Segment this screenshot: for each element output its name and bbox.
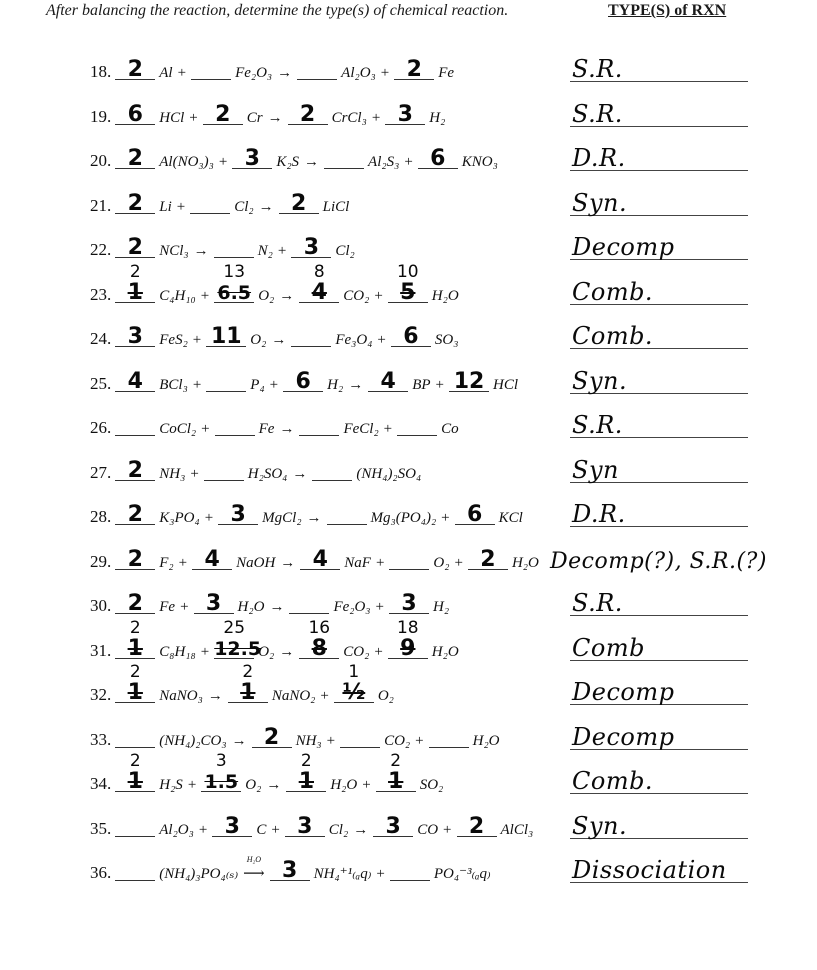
reaction-arrow: → xyxy=(292,466,307,483)
plus-sign: + xyxy=(372,110,380,127)
coefficient-blank[interactable]: ½1 xyxy=(334,688,374,703)
coefficient-blank[interactable] xyxy=(389,555,429,570)
reaction-type-answer: S.R. xyxy=(572,55,623,83)
reaction-arrow: → xyxy=(194,243,209,260)
chemical-formula: CoCl₂ xyxy=(159,421,196,438)
chemical-formula: Cl₂ xyxy=(335,243,354,260)
reaction-type-field[interactable]: Syn. xyxy=(570,810,748,839)
coefficient-blank[interactable]: 3 xyxy=(270,866,310,881)
problem-row: 22.2NCl₃→N₂+3Cl₂Decomp xyxy=(0,226,817,266)
coefficient-blank[interactable]: 2 xyxy=(115,243,155,258)
reaction-type-answer: Syn. xyxy=(572,812,627,840)
chemical-formula: H₂O xyxy=(238,599,265,616)
reaction-type-field[interactable]: Syn xyxy=(570,454,748,483)
chemical-formula: NH₃ xyxy=(296,733,322,750)
coefficient-value: 1.5 xyxy=(201,771,241,793)
problem-row: 32.12NaNO₃→12NaNO₂+½1O₂Decomp xyxy=(0,671,817,711)
chemical-formula: H₂O xyxy=(432,644,459,661)
coefficient-blank[interactable]: 12 xyxy=(449,377,489,392)
problem-number: 27. xyxy=(90,463,111,483)
plus-sign: + xyxy=(441,510,449,527)
coefficient-blank[interactable]: 6.513 xyxy=(214,288,254,303)
chemical-formula: O₂ xyxy=(245,777,261,794)
coefficient-value: 3 xyxy=(385,104,425,126)
coefficient-blank[interactable]: 3 xyxy=(385,110,425,125)
coefficient-blank[interactable]: 2 xyxy=(203,110,243,125)
coefficient-blank[interactable] xyxy=(340,733,380,748)
plus-sign: + xyxy=(189,110,197,127)
chemical-formula: NaF xyxy=(344,555,371,572)
problem-row: 20.2Al(NO₃)₃+3K₂S→Al₂S₃+6KNO₃D.R. xyxy=(0,137,817,177)
coefficient-blank[interactable]: 6 xyxy=(391,332,431,347)
coefficient-value: 2 xyxy=(279,193,319,215)
equation: 27.2NH₃+H₂SO₄→(NH₄)₂SO₄ xyxy=(90,463,423,483)
problem-number: 30. xyxy=(90,596,111,616)
equation: 23.12C₄H₁₀+6.513O₂→48CO₂+510H₂O xyxy=(90,285,461,305)
reaction-type-field[interactable]: D.R. xyxy=(570,498,748,527)
reaction-type-answer: Syn. xyxy=(572,189,627,217)
coefficient-value: 8 xyxy=(299,638,339,660)
coefficient-blank[interactable]: 816 xyxy=(299,644,339,659)
chemical-formula: C₄H₁₀ xyxy=(159,288,195,305)
coefficient-value: 4 xyxy=(368,371,408,393)
coefficient-blank[interactable]: 2 xyxy=(115,199,155,214)
chemical-formula: Co xyxy=(441,421,459,438)
plus-sign: + xyxy=(362,777,370,794)
coefficient-value: ½ xyxy=(334,682,374,704)
equation: 35.Al₂O₃+3C+3Cl₂→3CO+2AlCl₃ xyxy=(90,819,535,839)
coefficient-blank[interactable] xyxy=(397,421,437,436)
coefficient-blank[interactable]: 3 xyxy=(115,332,155,347)
reaction-type-field[interactable]: Syn. xyxy=(570,187,748,216)
reaction-type-answer: Syn. xyxy=(572,367,627,395)
chemical-formula: Al₂O₃ xyxy=(159,822,194,839)
problem-row: 26.CoCl₂+Fe→FeCl₂+CoS.R. xyxy=(0,404,817,444)
equation: 22.2NCl₃→N₂+3Cl₂ xyxy=(90,240,357,260)
coefficient-value: 11 xyxy=(206,326,246,348)
coefficient-value: 3 xyxy=(270,860,310,882)
chemical-formula: CO₂ xyxy=(343,644,369,661)
coefficient-value: 1 xyxy=(376,771,416,793)
equation: 31.12C₈H₁₈+12.525O₂→816CO₂+918H₂O xyxy=(90,641,461,661)
plus-sign: + xyxy=(271,822,279,839)
equation: 18.2Al+Fe₂O₃→Al₂O₃+2Fe xyxy=(90,62,456,82)
coefficient-blank[interactable]: 6 xyxy=(418,154,458,169)
chemical-formula: Cr xyxy=(247,110,263,127)
coefficient-blank[interactable]: 12 xyxy=(286,777,326,792)
coefficient-blank[interactable]: 3 xyxy=(194,599,234,614)
coefficient-blank[interactable]: 2 xyxy=(115,154,155,169)
reaction-type-answer: Comb. xyxy=(572,322,653,350)
coefficient-value: 12 xyxy=(449,371,489,393)
coefficient-value: 1 xyxy=(115,682,155,704)
plus-sign: + xyxy=(178,65,186,82)
chemical-formula: NH₃ xyxy=(159,466,185,483)
coefficient-blank[interactable]: 4 xyxy=(368,377,408,392)
corrected-coefficient: 2 xyxy=(115,618,155,638)
reaction-arrow: → xyxy=(277,65,292,82)
problem-number: 19. xyxy=(90,107,111,127)
reaction-type-field[interactable]: Decomp xyxy=(570,676,748,705)
chemical-formula: O₂ xyxy=(433,555,449,572)
coefficient-value: 2 xyxy=(115,549,155,571)
corrected-coefficient: 13 xyxy=(214,262,254,282)
coefficient-blank[interactable]: 2 xyxy=(115,65,155,80)
reaction-type-field[interactable]: Decomp xyxy=(570,721,748,750)
chemical-formula: Fe₂O₃ xyxy=(333,599,370,616)
coefficient-value: 1 xyxy=(115,771,155,793)
chemical-formula: Fe xyxy=(259,421,275,438)
coefficient-value: 3 xyxy=(291,237,331,259)
coefficient-value: 2 xyxy=(457,816,497,838)
reaction-type-field[interactable]: Decomp(?), S.R.(?) xyxy=(548,544,808,572)
chemical-formula: Cl₂ xyxy=(234,199,253,216)
chemical-formula: O₂ xyxy=(378,688,394,705)
problem-number: 34. xyxy=(90,774,111,794)
coefficient-value: 2 xyxy=(468,549,508,571)
reaction-type-answer: Decomp xyxy=(572,233,674,261)
coefficient-blank[interactable]: 2 xyxy=(394,65,434,80)
plus-sign: + xyxy=(201,644,209,661)
coefficient-blank[interactable] xyxy=(312,466,352,481)
coefficient-blank[interactable]: 3 xyxy=(285,822,325,837)
reaction-type-answer: Dissociation xyxy=(572,856,727,884)
chemical-formula: Fe xyxy=(438,65,454,82)
chemical-formula: CrCl₃ xyxy=(332,110,367,127)
coefficient-value: 4 xyxy=(299,282,339,304)
coefficient-blank[interactable]: 2 xyxy=(115,555,155,570)
coefficient-blank[interactable]: 3 xyxy=(212,822,252,837)
coefficient-value: 3 xyxy=(285,816,325,838)
coefficient-blank[interactable]: 3 xyxy=(218,510,258,525)
reaction-type-field[interactable]: Dissociation xyxy=(570,854,748,883)
coefficient-blank[interactable] xyxy=(206,377,246,392)
coefficient-blank[interactable]: 918 xyxy=(388,644,428,659)
chemical-formula: HCl xyxy=(493,377,518,394)
coefficient-value: 1 xyxy=(115,282,155,304)
plus-sign: + xyxy=(381,65,389,82)
coefficient-blank[interactable]: 3 xyxy=(291,243,331,258)
reaction-arrow: → xyxy=(279,644,294,661)
problem-row: 34.12H₂S+1.53O₂→12H₂O+12SO₂Comb. xyxy=(0,760,817,800)
coefficient-blank[interactable] xyxy=(115,866,155,881)
reaction-arrow: → xyxy=(269,599,284,616)
chemical-formula: H₂ xyxy=(429,110,445,127)
coefficient-value: 9 xyxy=(388,638,428,660)
chemical-formula: NaOH xyxy=(236,555,275,572)
coefficient-value: 1 xyxy=(228,682,268,704)
equation: 36.(NH₄)₃PO₄₍ₛ₎H₂O⟶3NH₄⁺¹₍ₐq₎+PO₄⁻³₍ₐq₎ xyxy=(90,855,493,883)
coefficient-blank[interactable]: 6 xyxy=(115,110,155,125)
type-column-heading: TYPE(S) of RXN xyxy=(608,2,726,20)
problem-row: 19.6HCl+2Cr→2CrCl₃+3H₂S.R. xyxy=(0,93,817,133)
coefficient-blank[interactable] xyxy=(390,866,430,881)
problem-number: 35. xyxy=(90,819,111,839)
coefficient-blank[interactable]: 12 xyxy=(115,688,155,703)
plus-sign: + xyxy=(436,377,444,394)
plus-sign: + xyxy=(384,421,392,438)
coefficient-value: 2 xyxy=(252,727,292,749)
arrow-condition: H₂O xyxy=(247,855,261,864)
reaction-type-field[interactable]: S.R. xyxy=(570,98,748,127)
coefficient-blank[interactable]: 3 xyxy=(232,154,272,169)
problem-number: 20. xyxy=(90,151,111,171)
problem-number: 22. xyxy=(90,240,111,260)
coefficient-blank[interactable]: 6 xyxy=(283,377,323,392)
reaction-type-field[interactable]: Syn. xyxy=(570,365,748,394)
coefficient-blank[interactable]: 4 xyxy=(192,555,232,570)
coefficient-value: 2 xyxy=(115,593,155,615)
plus-sign: + xyxy=(443,822,451,839)
reaction-arrow: → xyxy=(268,110,283,127)
coefficient-value: 12.5 xyxy=(214,638,254,660)
problem-number: 26. xyxy=(90,418,111,438)
coefficient-blank[interactable] xyxy=(191,65,231,80)
coefficient-blank[interactable]: 12 xyxy=(115,777,155,792)
chemical-formula: H₂O xyxy=(432,288,459,305)
reaction-type-field[interactable]: Comb. xyxy=(570,276,748,305)
coefficient-blank[interactable]: 3 xyxy=(373,822,413,837)
chemical-formula: NCl₃ xyxy=(159,243,188,260)
coefficient-blank[interactable] xyxy=(190,199,230,214)
coefficient-value: 4 xyxy=(115,371,155,393)
reaction-type-field[interactable]: S.R. xyxy=(570,409,748,438)
chemical-formula: H₂O xyxy=(330,777,357,794)
coefficient-blank[interactable] xyxy=(324,154,364,169)
plus-sign: + xyxy=(377,332,385,349)
corrected-coefficient: 2 xyxy=(376,751,416,771)
arrow-icon: ⟶ xyxy=(243,864,265,883)
reaction-arrow: → xyxy=(279,288,294,305)
plus-sign: + xyxy=(188,777,196,794)
reaction-type-answer: D.R. xyxy=(572,500,626,528)
coefficient-value: 6 xyxy=(418,148,458,170)
reaction-type-answer: Comb xyxy=(572,634,645,662)
reaction-type-answer: S.R. xyxy=(572,589,623,617)
problem-number: 31. xyxy=(90,641,111,661)
plus-sign: + xyxy=(374,288,382,305)
chemical-formula: BP xyxy=(412,377,430,394)
problem-row: 31.12C₈H₁₈+12.525O₂→816CO₂+918H₂OComb xyxy=(0,627,817,667)
coefficient-value: 6 xyxy=(283,371,323,393)
coefficient-blank[interactable]: 12 xyxy=(228,688,268,703)
reaction-type-field[interactable]: Comb. xyxy=(570,765,748,794)
reaction-type-field[interactable]: Comb xyxy=(570,632,748,661)
problem-row: 30.2Fe+3H₂O→Fe₂O₃+3H₂S.R. xyxy=(0,582,817,622)
problem-row: 33.(NH₄)₂CO₃→2NH₃+CO₂+H₂ODecomp xyxy=(0,716,817,756)
plus-sign: + xyxy=(177,199,185,216)
coefficient-blank[interactable] xyxy=(327,510,367,525)
chemical-formula: Fe₃O₄ xyxy=(335,332,372,349)
corrected-coefficient: 2 xyxy=(115,262,155,282)
corrected-coefficient: 8 xyxy=(299,262,339,282)
chemical-formula: Al₂O₃ xyxy=(341,65,376,82)
coefficient-blank[interactable]: 1.53 xyxy=(201,777,241,792)
reaction-arrow: → xyxy=(208,688,223,705)
chemical-formula: Mg₃(PO₄)₂ xyxy=(371,510,437,527)
reaction-arrow: → xyxy=(232,733,247,750)
plus-sign: + xyxy=(376,555,384,572)
coefficient-value: 6 xyxy=(391,326,431,348)
plus-sign: + xyxy=(201,288,209,305)
problem-number: 21. xyxy=(90,196,111,216)
reaction-arrow: → xyxy=(266,777,281,794)
coefficient-blank[interactable] xyxy=(115,822,155,837)
coefficient-blank[interactable]: 2 xyxy=(115,510,155,525)
equation: 32.12NaNO₃→12NaNO₂+½1O₂ xyxy=(90,685,396,705)
coefficient-blank[interactable]: 11 xyxy=(206,332,246,347)
coefficient-value: 3 xyxy=(115,326,155,348)
reaction-arrow: → xyxy=(279,421,294,438)
plus-sign: + xyxy=(454,555,462,572)
coefficient-blank[interactable] xyxy=(299,421,339,436)
coefficient-value: 2 xyxy=(115,460,155,482)
reaction-arrow: → xyxy=(304,154,319,171)
coefficient-value: 2 xyxy=(115,237,155,259)
reaction-arrow: → xyxy=(271,332,286,349)
coefficient-value: 3 xyxy=(232,148,272,170)
coefficient-value: 6 xyxy=(115,104,155,126)
reaction-type-answer: S.R. xyxy=(572,100,623,128)
corrected-coefficient: 25 xyxy=(214,618,254,638)
chemical-formula: MgCl₂ xyxy=(262,510,301,527)
coefficient-blank[interactable] xyxy=(289,599,329,614)
reaction-type-field[interactable]: Comb. xyxy=(570,320,748,349)
reaction-type-field[interactable]: Decomp xyxy=(570,231,748,260)
reaction-type-answer: Decomp xyxy=(572,678,674,706)
chemical-formula: (NH₄)₂CO₃ xyxy=(159,733,226,750)
coefficient-blank[interactable] xyxy=(115,733,155,748)
equation: 26.CoCl₂+Fe→FeCl₂+Co xyxy=(90,418,461,438)
plus-sign: + xyxy=(320,688,328,705)
coefficient-blank[interactable] xyxy=(214,243,254,258)
plus-sign: + xyxy=(179,555,187,572)
corrected-coefficient: 2 xyxy=(115,751,155,771)
corrected-coefficient: 18 xyxy=(388,618,428,638)
coefficient-blank[interactable] xyxy=(215,421,255,436)
corrected-coefficient: 2 xyxy=(115,662,155,682)
problem-row: 36.(NH₄)₃PO₄₍ₛ₎H₂O⟶3NH₄⁺¹₍ₐq₎+PO₄⁻³₍ₐq₎D… xyxy=(0,849,817,889)
plus-sign: + xyxy=(270,377,278,394)
chemical-formula: SO₂ xyxy=(420,777,444,794)
coefficient-value: 2 xyxy=(288,104,328,126)
coefficient-value: 3 xyxy=(212,816,252,838)
coefficient-blank[interactable] xyxy=(297,65,337,80)
coefficient-blank[interactable]: 4 xyxy=(115,377,155,392)
chemical-formula: H₂ xyxy=(327,377,343,394)
coefficient-blank[interactable]: 2 xyxy=(457,822,497,837)
coefficient-blank[interactable]: 3 xyxy=(389,599,429,614)
coefficient-blank[interactable] xyxy=(204,466,244,481)
plus-sign: + xyxy=(219,154,227,171)
chemical-formula: Al xyxy=(159,65,172,82)
chemical-formula: Cl₂ xyxy=(329,822,348,839)
coefficient-blank[interactable]: 2 xyxy=(115,599,155,614)
corrected-coefficient: 10 xyxy=(388,262,428,282)
chemical-formula: NaNO₃ xyxy=(159,688,203,705)
chemical-formula: PO₄⁻³₍ₐq₎ xyxy=(434,864,491,883)
coefficient-blank[interactable]: 2 xyxy=(468,555,508,570)
coefficient-blank[interactable]: 4 xyxy=(300,555,340,570)
chemical-formula: C xyxy=(256,822,266,839)
equation: 30.2Fe+3H₂O→Fe₂O₃+3H₂ xyxy=(90,596,451,616)
coefficient-blank[interactable]: 12.525 xyxy=(214,644,254,659)
coefficient-blank[interactable]: 6 xyxy=(455,510,495,525)
coefficient-blank[interactable]: 12 xyxy=(376,777,416,792)
coefficient-value: 2 xyxy=(115,59,155,81)
coefficient-blank[interactable]: 2 xyxy=(288,110,328,125)
coefficient-value: 6.5 xyxy=(214,282,254,304)
corrected-coefficient: 3 xyxy=(201,751,241,771)
reaction-type-answer: S.R. xyxy=(572,411,623,439)
chemical-formula: (NH₄)₂SO₄ xyxy=(356,466,421,483)
reaction-type-answer: Decomp(?), S.R.(?) xyxy=(550,549,767,574)
coefficient-blank[interactable]: 510 xyxy=(388,288,428,303)
problem-row: 23.12C₄H₁₀+6.513O₂→48CO₂+510H₂OComb. xyxy=(0,271,817,311)
coefficient-blank[interactable] xyxy=(115,421,155,436)
plus-sign: + xyxy=(376,599,384,616)
chemical-formula: O₂ xyxy=(250,332,266,349)
chemical-formula: O₂ xyxy=(258,288,274,305)
coefficient-value: 4 xyxy=(192,549,232,571)
corrected-coefficient: 2 xyxy=(228,662,268,682)
chemical-formula: KCl xyxy=(499,510,523,527)
plus-sign: + xyxy=(415,733,423,750)
plus-sign: + xyxy=(193,377,201,394)
plus-sign: + xyxy=(199,822,207,839)
coefficient-blank[interactable]: 48 xyxy=(299,288,339,303)
plus-sign: + xyxy=(180,599,188,616)
chemical-formula: Al(NO₃)₃ xyxy=(159,154,214,171)
corrected-coefficient: 1 xyxy=(334,662,374,682)
equation: 25.4BCl₃+P₄+6H₂→4BP+12HCl xyxy=(90,374,520,394)
coefficient-blank[interactable]: 2 xyxy=(279,199,319,214)
reaction-type-answer: D.R. xyxy=(572,144,626,172)
equation: 34.12H₂S+1.53O₂→12H₂O+12SO₂ xyxy=(90,774,445,794)
chemical-formula: N₂ xyxy=(258,243,273,260)
chemical-formula: CO₂ xyxy=(343,288,369,305)
problem-number: 28. xyxy=(90,507,111,527)
coefficient-blank[interactable] xyxy=(429,733,469,748)
reaction-type-answer: Decomp xyxy=(572,723,674,751)
chemical-formula: H₂ xyxy=(433,599,449,616)
coefficient-blank[interactable]: 2 xyxy=(115,466,155,481)
problem-number: 33. xyxy=(90,730,111,750)
chemical-formula: K₂S xyxy=(276,154,299,171)
reaction-type-field[interactable]: S.R. xyxy=(570,53,748,82)
equation: 19.6HCl+2Cr→2CrCl₃+3H₂ xyxy=(90,107,447,127)
chemical-formula: (NH₄)₃PO₄₍ₛ₎ xyxy=(159,864,238,883)
coefficient-blank[interactable] xyxy=(291,332,331,347)
coefficient-value: 2 xyxy=(115,504,155,526)
reaction-type-field[interactable]: D.R. xyxy=(570,142,748,171)
plus-sign: + xyxy=(404,154,412,171)
coefficient-blank[interactable]: 12 xyxy=(115,644,155,659)
reaction-type-answer: Comb. xyxy=(572,767,653,795)
reaction-arrow: → xyxy=(280,555,295,572)
chemical-formula: NH₄⁺¹₍ₐq₎ xyxy=(314,864,372,883)
chemical-formula: H₂O xyxy=(473,733,500,750)
instructions: After balancing the reaction, determine … xyxy=(46,2,508,20)
reaction-arrow: → xyxy=(348,377,363,394)
chemical-formula: HCl xyxy=(159,110,184,127)
chemical-formula: BCl₃ xyxy=(159,377,188,394)
reaction-type-field[interactable]: S.R. xyxy=(570,587,748,616)
coefficient-blank[interactable]: 12 xyxy=(115,288,155,303)
equation: 24.3FeS₂+11O₂→Fe₃O₄+6SO₃ xyxy=(90,329,460,349)
coefficient-blank[interactable]: 2 xyxy=(252,733,292,748)
plus-sign: + xyxy=(376,866,384,883)
